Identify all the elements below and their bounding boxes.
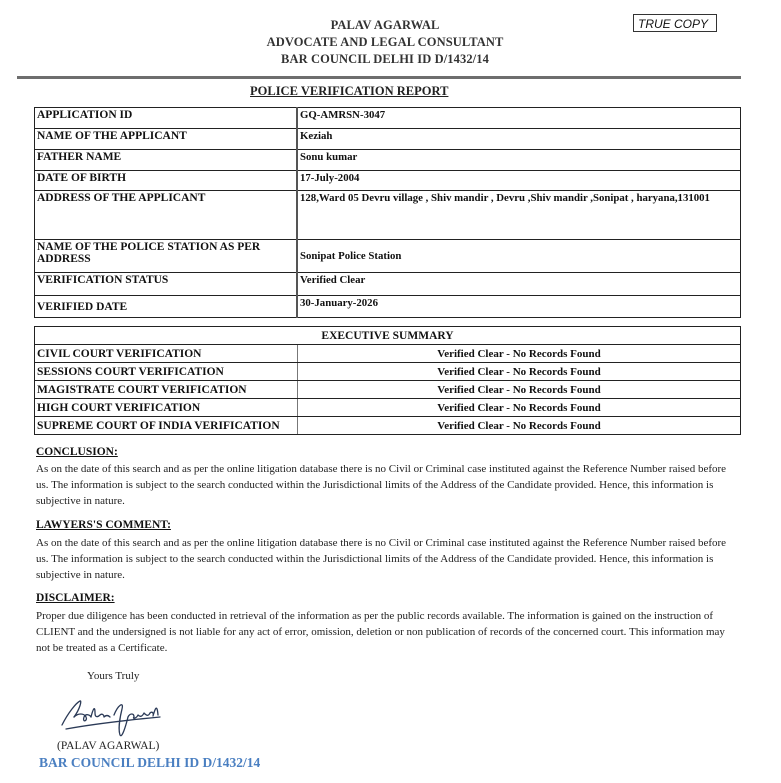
table-row: VERIFICATION STATUS Verified Clear — [35, 273, 741, 296]
info-value-verified-date: 30-January-2026 — [297, 296, 741, 318]
info-label: VERIFIED DATE — [35, 296, 298, 318]
applicant-info-table: APPLICATION ID GQ-AMRSN-3047 NAME OF THE… — [34, 107, 741, 318]
summary-label: MAGISTRATE COURT VERIFICATION — [35, 381, 298, 399]
table-row: CIVIL COURT VERIFICATION Verified Clear … — [35, 345, 741, 363]
info-label: ADDRESS OF THE APPLICANT — [35, 191, 298, 240]
summary-value: Verified Clear - No Records Found — [298, 363, 741, 381]
table-row: NAME OF THE POLICE STATION AS PER ADDRES… — [35, 240, 741, 273]
table-row: FATHER NAME Sonu kumar — [35, 150, 741, 171]
report-title: POLICE VERIFICATION REPORT — [250, 84, 448, 99]
table-row: NAME OF THE APPLICANT Keziah — [35, 129, 741, 150]
info-value-application-id: GQ-AMRSN-3047 — [297, 108, 741, 129]
true-copy-stamp: TRUE COPY — [633, 14, 717, 32]
summary-value: Verified Clear - No Records Found — [298, 417, 741, 435]
table-row: ADDRESS OF THE APPLICANT 128,Ward 05 Dev… — [35, 191, 741, 240]
info-label: NAME OF THE APPLICANT — [35, 129, 298, 150]
summary-label: SESSIONS COURT VERIFICATION — [35, 363, 298, 381]
table-row: DATE OF BIRTH 17-July-2004 — [35, 171, 741, 191]
info-value-applicant-name: Keziah — [297, 129, 741, 150]
advocate-role: ADVOCATE AND LEGAL CONSULTANT — [0, 35, 770, 50]
info-label: NAME OF THE POLICE STATION AS PER ADDRES… — [35, 240, 298, 273]
conclusion-heading: CONCLUSION: — [36, 446, 118, 458]
summary-value: Verified Clear - No Records Found — [298, 399, 741, 417]
signatory-bar-id: BAR COUNCIL DELHI ID D/1432/14 — [39, 755, 260, 771]
info-value-father-name: Sonu kumar — [297, 150, 741, 171]
table-row: VERIFIED DATE 30-January-2026 — [35, 296, 741, 318]
disclaimer-text: Proper due diligence has been conducted … — [36, 608, 736, 656]
table-row: APPLICATION ID GQ-AMRSN-3047 — [35, 108, 741, 129]
summary-label: CIVIL COURT VERIFICATION — [35, 345, 298, 363]
summary-label: SUPREME COURT OF INDIA VERIFICATION — [35, 417, 298, 435]
info-value-dob: 17-July-2004 — [297, 171, 741, 191]
disclaimer-heading: DISCLAIMER: — [36, 592, 115, 604]
summary-value: Verified Clear - No Records Found — [298, 381, 741, 399]
info-label: DATE OF BIRTH — [35, 171, 298, 191]
info-value-police-station: Sonipat Police Station — [297, 240, 741, 273]
closing-text: Yours Truly — [87, 670, 139, 682]
info-label: APPLICATION ID — [35, 108, 298, 129]
lawyers-comment-heading: LAWYERS'S COMMENT: — [36, 519, 171, 531]
info-label: FATHER NAME — [35, 150, 298, 171]
conclusion-text: As on the date of this search and as per… — [36, 461, 736, 509]
table-row: SUPREME COURT OF INDIA VERIFICATION Veri… — [35, 417, 741, 435]
summary-value: Verified Clear - No Records Found — [298, 345, 741, 363]
signature-icon — [58, 695, 168, 740]
table-row: HIGH COURT VERIFICATION Verified Clear -… — [35, 399, 741, 417]
header-divider — [17, 76, 741, 79]
summary-title: EXECUTIVE SUMMARY — [35, 327, 741, 345]
table-row: MAGISTRATE COURT VERIFICATION Verified C… — [35, 381, 741, 399]
advocate-bar-id: BAR COUNCIL DELHI ID D/1432/14 — [0, 52, 770, 67]
table-header-row: EXECUTIVE SUMMARY — [35, 327, 741, 345]
info-value-address: 128,Ward 05 Devru village , Shiv mandir … — [297, 191, 741, 240]
executive-summary-table: EXECUTIVE SUMMARY CIVIL COURT VERIFICATI… — [34, 326, 741, 435]
summary-label: HIGH COURT VERIFICATION — [35, 399, 298, 417]
lawyers-comment-text: As on the date of this search and as per… — [36, 535, 736, 583]
info-value-verification-status: Verified Clear — [297, 273, 741, 296]
signatory-name: (PALAV AGARWAL) — [57, 740, 159, 752]
info-label: VERIFICATION STATUS — [35, 273, 298, 296]
table-row: SESSIONS COURT VERIFICATION Verified Cle… — [35, 363, 741, 381]
